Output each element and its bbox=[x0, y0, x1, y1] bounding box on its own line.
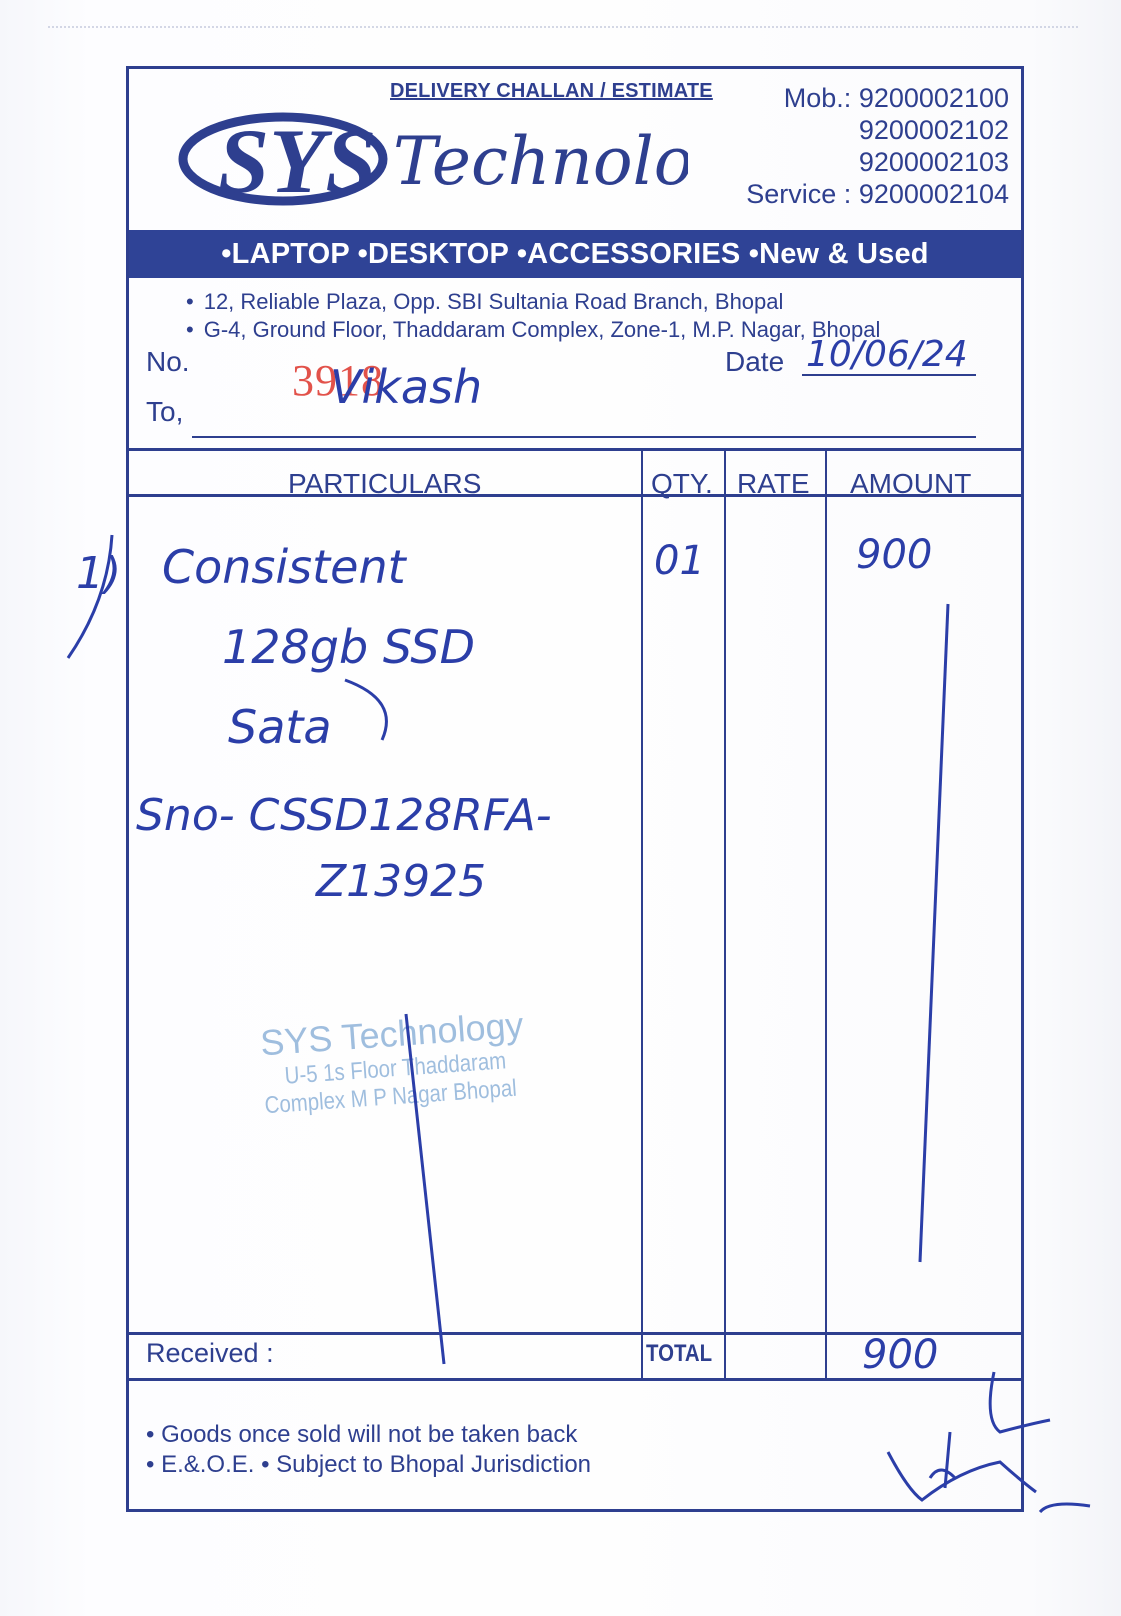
recipient-name: Vikash bbox=[330, 360, 482, 414]
mobile-number: 9200002103 bbox=[746, 146, 1009, 178]
column-header-rate: RATE bbox=[737, 468, 810, 500]
service-line: Service : 9200002104 bbox=[746, 178, 1009, 210]
perforated-edge bbox=[48, 26, 1078, 38]
column-header-amount: AMOUNT bbox=[850, 468, 971, 500]
date-underline bbox=[802, 374, 976, 376]
amount-column-divider bbox=[825, 448, 827, 1378]
terms-list: • Goods once sold will not be taken back… bbox=[146, 1420, 591, 1480]
product-banner: •LAPTOP •DESKTOP •ACCESSORIES •New & Use… bbox=[129, 230, 1021, 278]
svg-text:SYS: SYS bbox=[218, 110, 377, 212]
address-line: 12, Reliable Plaza, Opp. SBI Sultania Ro… bbox=[186, 288, 880, 316]
terms-line: • Goods once sold will not be taken back bbox=[146, 1420, 591, 1450]
qty-column-divider bbox=[641, 448, 643, 1378]
mobile-number: 9200002102 bbox=[746, 114, 1009, 146]
document-type-title: DELIVERY CHALLAN / ESTIMATE bbox=[390, 80, 713, 103]
total-row-bottom-border bbox=[126, 1378, 1024, 1381]
total-label: TOTAL bbox=[646, 1340, 712, 1368]
rate-column-divider bbox=[724, 448, 726, 1378]
particulars-line: Z13925 bbox=[316, 856, 486, 907]
company-stamp: SYS Technology U-5 1s Floor Thaddaram Co… bbox=[259, 1002, 562, 1120]
number-label: No. bbox=[146, 346, 190, 378]
address-list: 12, Reliable Plaza, Opp. SBI Sultania Ro… bbox=[186, 288, 880, 344]
column-header-qty: QTY. bbox=[651, 468, 713, 500]
mobile-number: 9200002100 bbox=[859, 83, 1009, 113]
sys-technology-logo: SYS Technology bbox=[178, 104, 688, 214]
particulars-line: 128gb SSD bbox=[222, 620, 475, 674]
table-top-border bbox=[126, 448, 1024, 451]
terms-line: • E.&.O.E. • Subject to Bhopal Jurisdict… bbox=[146, 1450, 591, 1480]
sys-logo-icon: SYS Technology bbox=[178, 104, 688, 214]
service-number: 9200002104 bbox=[859, 179, 1009, 209]
to-underline bbox=[192, 436, 976, 438]
date-label: Date bbox=[725, 346, 784, 378]
challan-frame bbox=[126, 66, 1024, 1512]
qty-value: 01 bbox=[654, 538, 705, 584]
contact-numbers: Mob.: 9200002100 9200002102 9200002103 S… bbox=[746, 82, 1009, 210]
to-label: To, bbox=[146, 396, 183, 428]
column-header-particulars: PARTICULARS bbox=[288, 468, 481, 500]
received-label: Received : bbox=[146, 1338, 274, 1369]
particulars-line: Sno- CSSD128RFA- bbox=[136, 790, 552, 841]
address-line: G-4, Ground Floor, Thaddaram Complex, Zo… bbox=[186, 316, 880, 344]
particulars-line: Sata bbox=[228, 700, 332, 754]
amount-value: 900 bbox=[856, 532, 932, 578]
total-value: 900 bbox=[862, 1332, 938, 1378]
mobile-line-1: Mob.: 9200002100 bbox=[746, 82, 1009, 114]
particulars-line: Consistent bbox=[162, 540, 406, 594]
svg-text:Technology: Technology bbox=[393, 123, 688, 200]
date-value: 10/06/24 bbox=[806, 334, 968, 375]
row-index: 1) bbox=[76, 548, 121, 599]
